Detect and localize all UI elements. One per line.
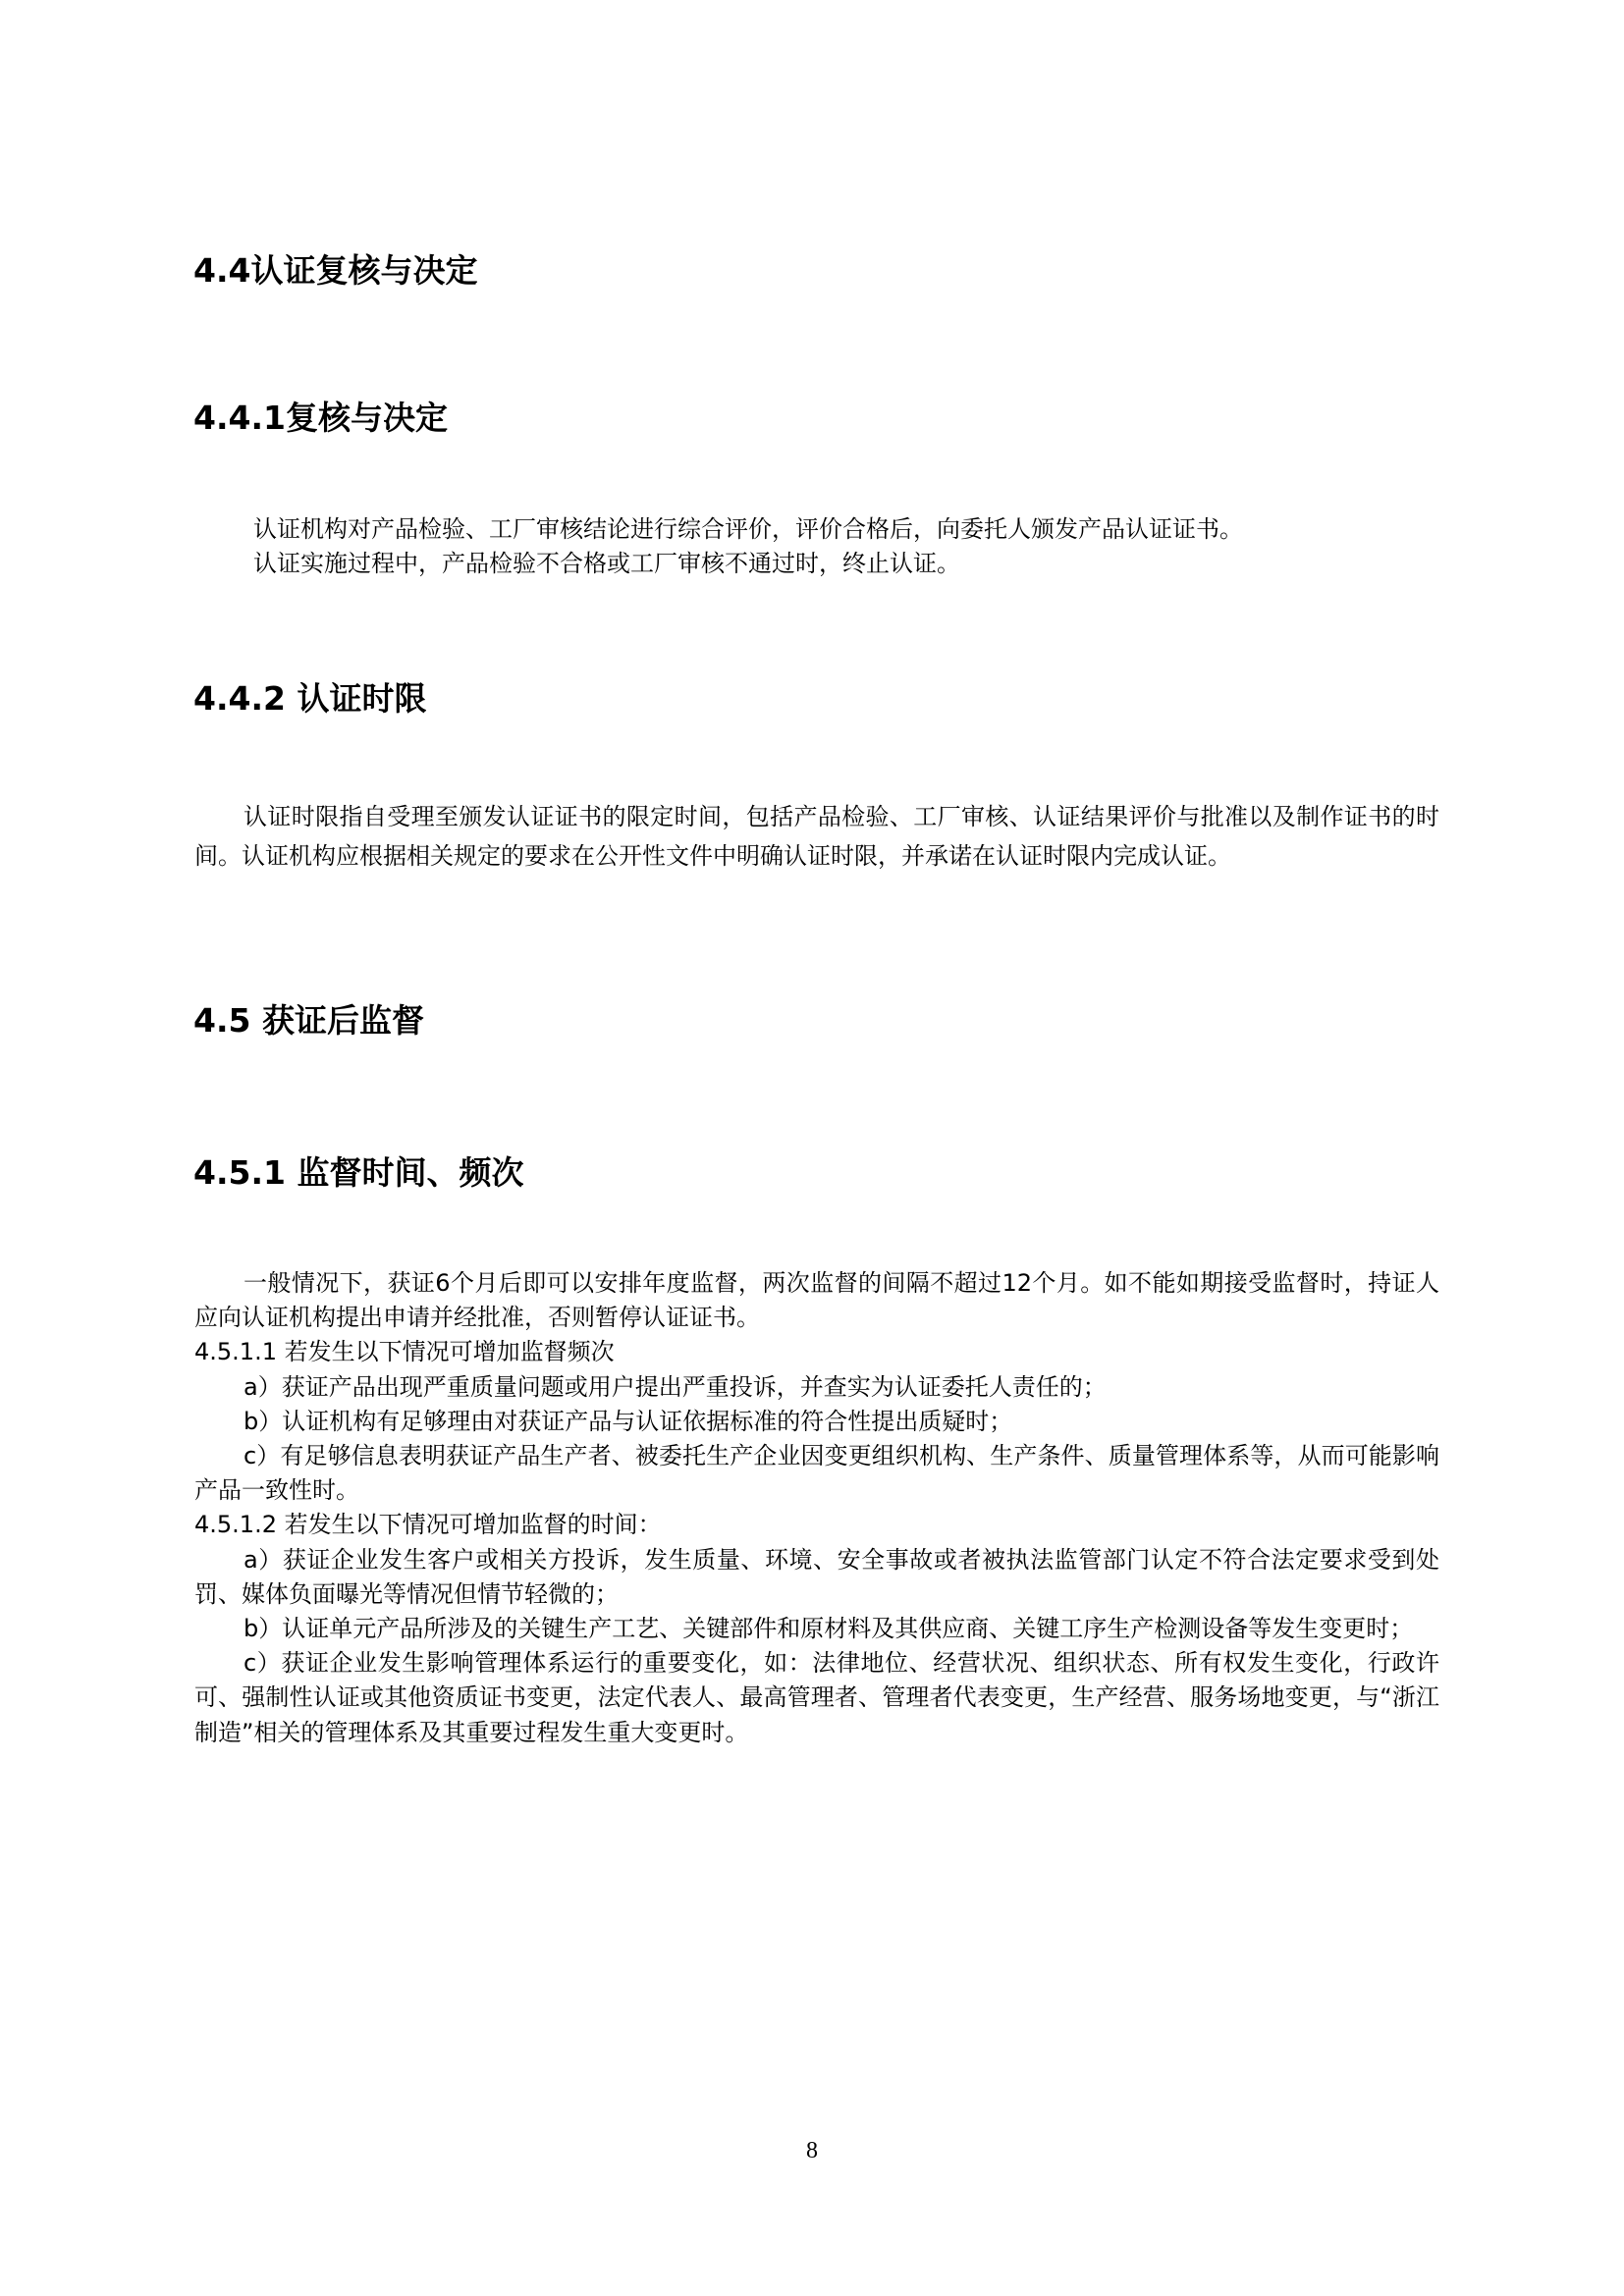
paragraph-intro: 一般情况下，获证6个月后即可以安排年度监督，两次监督的间隔不超过12个月。如不能… xyxy=(194,1266,1439,1335)
paragraph: 认证实施过程中，产品检验不合格或工厂审核不通过时，终止认证。 xyxy=(194,547,1439,581)
heading-4-5-1: 4.5.1 监督时间、频次 xyxy=(193,1153,523,1193)
list-item: a）获证企业发生客户或相关方投诉，发生质量、环境、安全事故或者被执法监管部门认定… xyxy=(194,1543,1439,1612)
heading-4-4-2: 4.4.2 认证时限 xyxy=(193,679,426,719)
section-4-4-1-body: 认证机构对产品检验、工厂审核结论进行综合评价，评价合格后，向委托人颁发产品认证证… xyxy=(194,512,1439,581)
list-item: c）获证企业发生影响管理体系运行的重要变化，如：法律地位、经营状况、组织状态、所… xyxy=(194,1646,1439,1750)
list-item: c）有足够信息表明获证产品生产者、被委托生产企业因变更组织机构、生产条件、质量管… xyxy=(194,1439,1439,1508)
heading-4-5: 4.5 获证后监督 xyxy=(193,1001,424,1041)
subsection-title-4-5-1-2: 4.5.1.2 若发生以下情况可增加监督的时间： xyxy=(194,1508,1439,1542)
section-4-5-1-body: 一般情况下，获证6个月后即可以安排年度监督，两次监督的间隔不超过12个月。如不能… xyxy=(194,1266,1439,1750)
paragraph: 认证时限指自受理至颁发认证证书的限定时间，包括产品检验、工厂审核、认证结果评价与… xyxy=(194,797,1439,876)
document-page: 4.4认证复核与决定 4.4.1复核与决定 认证机构对产品检验、工厂审核结论进行… xyxy=(0,0,1624,2296)
list-item: a）获证产品出现严重质量问题或用户提出严重投诉，并查实为认证委托人责任的； xyxy=(194,1370,1439,1405)
heading-4-4-1: 4.4.1复核与决定 xyxy=(193,399,448,438)
heading-4-4: 4.4认证复核与决定 xyxy=(193,251,477,291)
section-4-4-2-body: 认证时限指自受理至颁发认证证书的限定时间，包括产品检验、工厂审核、认证结果评价与… xyxy=(194,797,1439,876)
page-number: 8 xyxy=(0,2138,1624,2164)
paragraph: 认证机构对产品检验、工厂审核结论进行综合评价，评价合格后，向委托人颁发产品认证证… xyxy=(194,512,1439,547)
list-item: b）认证机构有足够理由对获证产品与认证依据标准的符合性提出质疑时； xyxy=(194,1405,1439,1439)
subsection-title-4-5-1-1: 4.5.1.1 若发生以下情况可增加监督频次 xyxy=(194,1335,1439,1369)
list-item: b）认证单元产品所涉及的关键生产工艺、关键部件和原材料及其供应商、关键工序生产检… xyxy=(194,1612,1439,1646)
